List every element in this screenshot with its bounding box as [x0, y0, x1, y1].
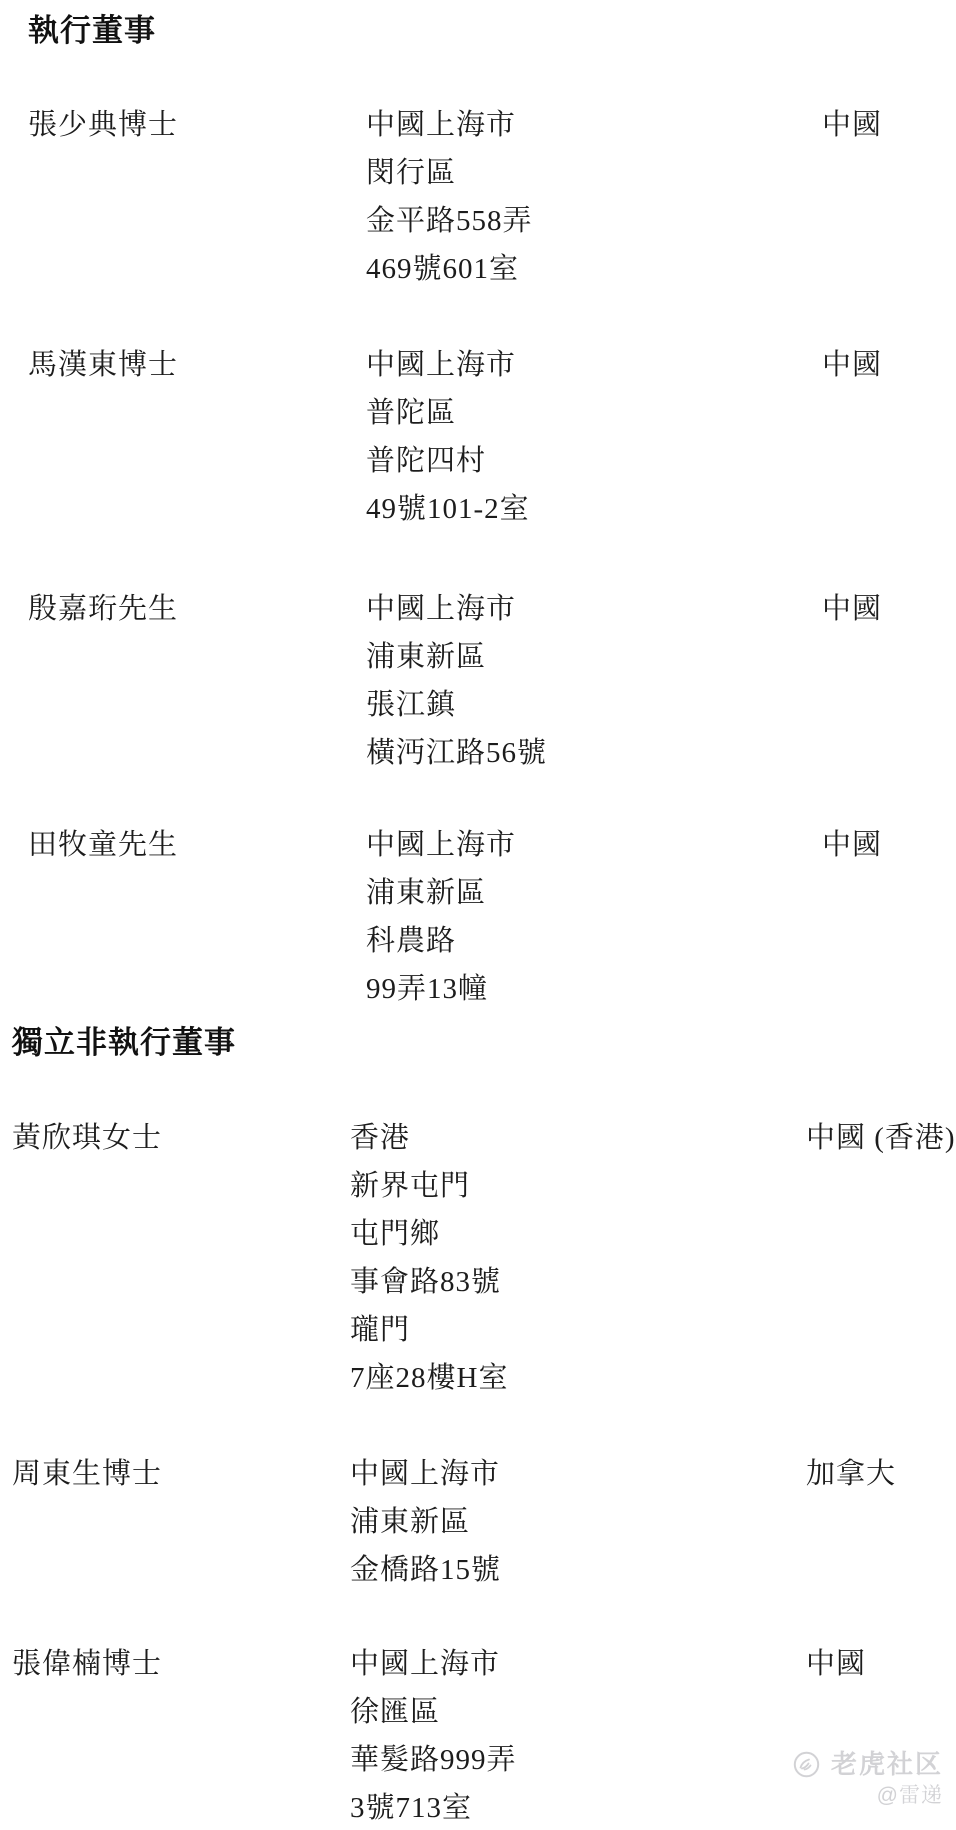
director-address: 中國上海市 閔行區 金平路558弄 469號601室: [366, 101, 822, 293]
document-page: 執行董事 張少典博士 中國上海市 閔行區 金平路558弄 469號601室 中國…: [0, 0, 956, 1830]
watermark: 老虎社区 @雷递: [793, 1750, 943, 1807]
section-heading-executive-directors: 執行董事: [28, 12, 156, 49]
address-line: 普陀四村: [366, 437, 822, 485]
address-line: 浦東新區: [366, 633, 822, 681]
address-line: 事會路83號: [350, 1258, 806, 1306]
address-line: 49號101-2室: [366, 485, 822, 533]
director-row: 周東生博士 中國上海市 浦東新區 金橋路15號 加拿大: [0, 1450, 956, 1594]
director-name: 張少典博士: [28, 101, 366, 293]
director-row: 殷嘉珩先生 中國上海市 浦東新區 張江鎮 橫沔江路56號 中國: [0, 585, 956, 777]
director-name: 田牧童先生: [28, 821, 366, 1013]
director-row: 黃欣琪女士 香港 新界屯門 屯門鄉 事會路83號 瓏門 7座28樓H室 中國 (…: [0, 1114, 956, 1402]
section-heading-independent-non-executive-directors: 獨立非執行董事: [12, 1024, 236, 1061]
address-line: 香港: [350, 1114, 806, 1162]
address-line: 469號601室: [366, 245, 822, 293]
director-name: 周東生博士: [12, 1450, 350, 1594]
director-row: 張少典博士 中國上海市 閔行區 金平路558弄 469號601室 中國: [0, 101, 956, 293]
address-line: 中國上海市: [350, 1640, 806, 1688]
director-address: 中國上海市 浦東新區 金橋路15號: [350, 1450, 806, 1594]
address-line: 中國上海市: [366, 341, 822, 389]
director-name: 馬漢東博士: [28, 341, 366, 533]
address-line: 閔行區: [366, 149, 822, 197]
address-line: 新界屯門: [350, 1162, 806, 1210]
director-nationality: 中國: [822, 101, 956, 293]
director-nationality: 中國: [822, 585, 956, 777]
director-address: 中國上海市 浦東新區 張江鎮 橫沔江路56號: [366, 585, 822, 777]
address-line: 金平路558弄: [366, 197, 822, 245]
address-line: 7座28樓H室: [350, 1354, 806, 1402]
address-line: 中國上海市: [366, 585, 822, 633]
address-line: 金橋路15號: [350, 1546, 806, 1594]
director-address: 中國上海市 浦東新區 科農路 99弄13幢: [366, 821, 822, 1013]
director-address: 中國上海市 普陀區 普陀四村 49號101-2室: [366, 341, 822, 533]
address-line: 屯門鄉: [350, 1210, 806, 1258]
director-row: 田牧童先生 中國上海市 浦東新區 科農路 99弄13幢 中國: [0, 821, 956, 1013]
address-line: 浦東新區: [350, 1498, 806, 1546]
address-line: 中國上海市: [366, 821, 822, 869]
director-nationality: 中國: [822, 821, 956, 1013]
address-line: 瓏門: [350, 1306, 806, 1354]
watermark-handle: @雷递: [793, 1785, 943, 1807]
address-line: 浦東新區: [366, 869, 822, 917]
address-line: 99弄13幢: [366, 965, 822, 1013]
address-line: 中國上海市: [366, 101, 822, 149]
address-line: 張江鎮: [366, 681, 822, 729]
director-name: 張偉楠博士: [12, 1640, 350, 1830]
watermark-brand: 老虎社区: [831, 1750, 943, 1778]
director-nationality: 中國 (香港): [806, 1114, 956, 1402]
address-line: 普陀區: [366, 389, 822, 437]
address-line: 科農路: [366, 917, 822, 965]
address-line: 徐匯區: [350, 1688, 806, 1736]
address-line: 中國上海市: [350, 1450, 806, 1498]
director-row: 馬漢東博士 中國上海市 普陀區 普陀四村 49號101-2室 中國: [0, 341, 956, 533]
address-line: 3號713室: [350, 1784, 806, 1830]
director-name: 殷嘉珩先生: [28, 585, 366, 777]
director-address: 中國上海市 徐匯區 華髮路999弄 3號713室: [350, 1640, 806, 1830]
director-name: 黃欣琪女士: [12, 1114, 350, 1402]
address-line: 華髮路999弄: [350, 1736, 806, 1784]
director-nationality: 加拿大: [806, 1450, 956, 1594]
tiger-logo-icon: [793, 1751, 820, 1778]
director-nationality: 中國: [822, 341, 956, 533]
director-address: 香港 新界屯門 屯門鄉 事會路83號 瓏門 7座28樓H室: [350, 1114, 806, 1402]
address-line: 橫沔江路56號: [366, 729, 822, 777]
